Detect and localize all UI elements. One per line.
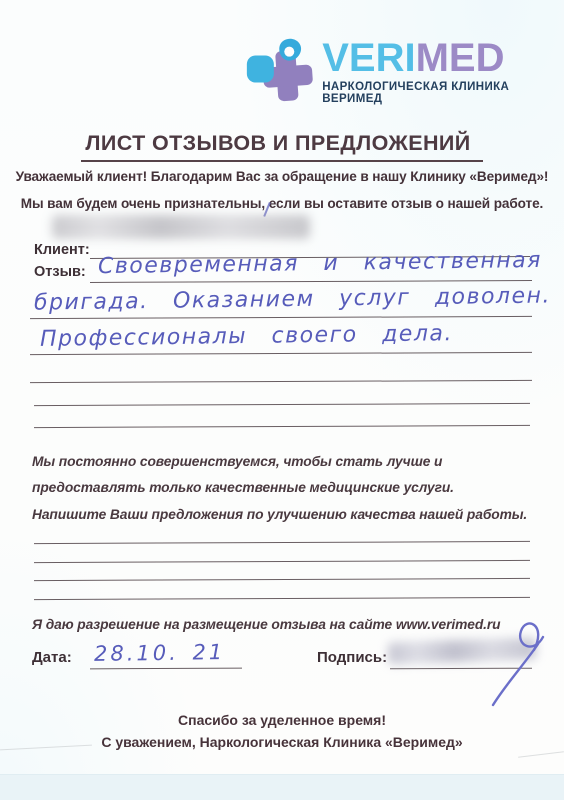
suggestion-prompt: Напишите Ваши предложения по улучшению к… [32,502,538,528]
suggestion-line-4 [34,597,530,600]
handwritten-review-line-1: Своевременная и качественная [98,248,542,279]
review-line-3 [30,352,532,355]
footer-thanks-line-2: С уважением, Наркологическая Клиника «Ве… [0,731,564,754]
review-line-5 [34,403,530,406]
date-label: Дата: [32,649,72,666]
review-line-4 [30,380,532,383]
brand-name: VERIMED [322,36,564,80]
handwritten-review-line-3: Профессионалы своего дела. [40,321,453,352]
logo-text: VERIMED НАРКОЛОГИЧЕСКАЯ КЛИНИКА ВЕРИМЕД [322,36,564,105]
brand-med: MED [416,36,505,80]
suggestion-line-2 [34,560,530,563]
date-line [90,668,242,670]
footer-thanks-line-1: Спасибо за уделенное время! [0,709,564,732]
scan-background-strip [0,774,564,800]
handwritten-date: 28.10. 21 [94,640,226,666]
clinic-logo: VERIMED НАРКОЛОГИЧЕСКАЯ КЛИНИКА ВЕРИМЕД [243,36,564,105]
review-line-2 [30,316,532,319]
form-title: ЛИСТ ОТЗЫВОВ И ПРЕДЛОЖЕНИЙ [81,131,482,162]
client-label: Клиент: [34,242,90,258]
quality-note: Мы постоянно совершенствуемся, чтобы ста… [32,449,538,501]
signature-label: Подпись: [317,649,387,666]
clinic-tagline: НАРКОЛОГИЧЕСКАЯ КЛИНИКА ВЕРИМЕД [322,81,564,105]
scanned-document: VERIMED НАРКОЛОГИЧЕСКАЯ КЛИНИКА ВЕРИМЕД … [0,0,564,800]
signature-flourish [450,608,555,708]
suggestion-line-3 [34,578,530,581]
brand-veri: VERI [322,36,415,80]
medical-cross-person-icon [243,36,318,102]
review-line-6 [34,425,530,428]
review-label: Отзыв: [34,264,86,280]
form-title-row: ЛИСТ ОТЗЫВОВ И ПРЕДЛОЖЕНИЙ [0,131,564,162]
handwritten-review-line-2: бригада. Оказанием услуг доволен. [34,283,551,315]
review-line-1 [90,280,532,283]
suggestion-line-1 [34,541,530,544]
intro-line-2: Мы вам будем очень признательны, если вы… [0,196,564,211]
paper-sheet: VERIMED НАРКОЛОГИЧЕСКАЯ КЛИНИКА ВЕРИМЕД … [0,0,564,800]
blurred-client-name [52,215,310,239]
intro-line-1: Уважаемый клиент! Благодарим Вас за обра… [0,169,564,184]
